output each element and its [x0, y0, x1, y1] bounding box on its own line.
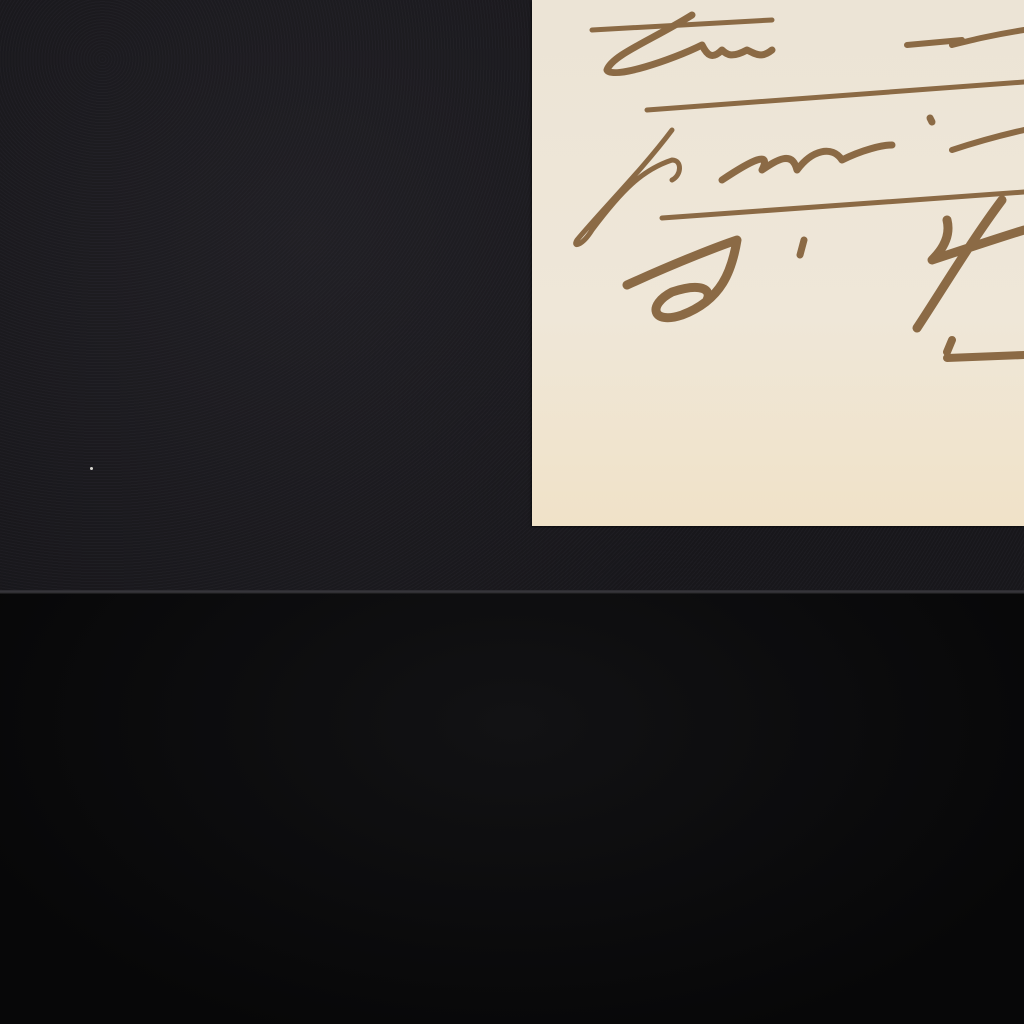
handwriting-ink: [532, 0, 1024, 526]
handwritten-letter: Lun m parie d' L: [532, 0, 1024, 526]
velvet-background: [0, 594, 1024, 1024]
dust-speck: [90, 467, 93, 470]
